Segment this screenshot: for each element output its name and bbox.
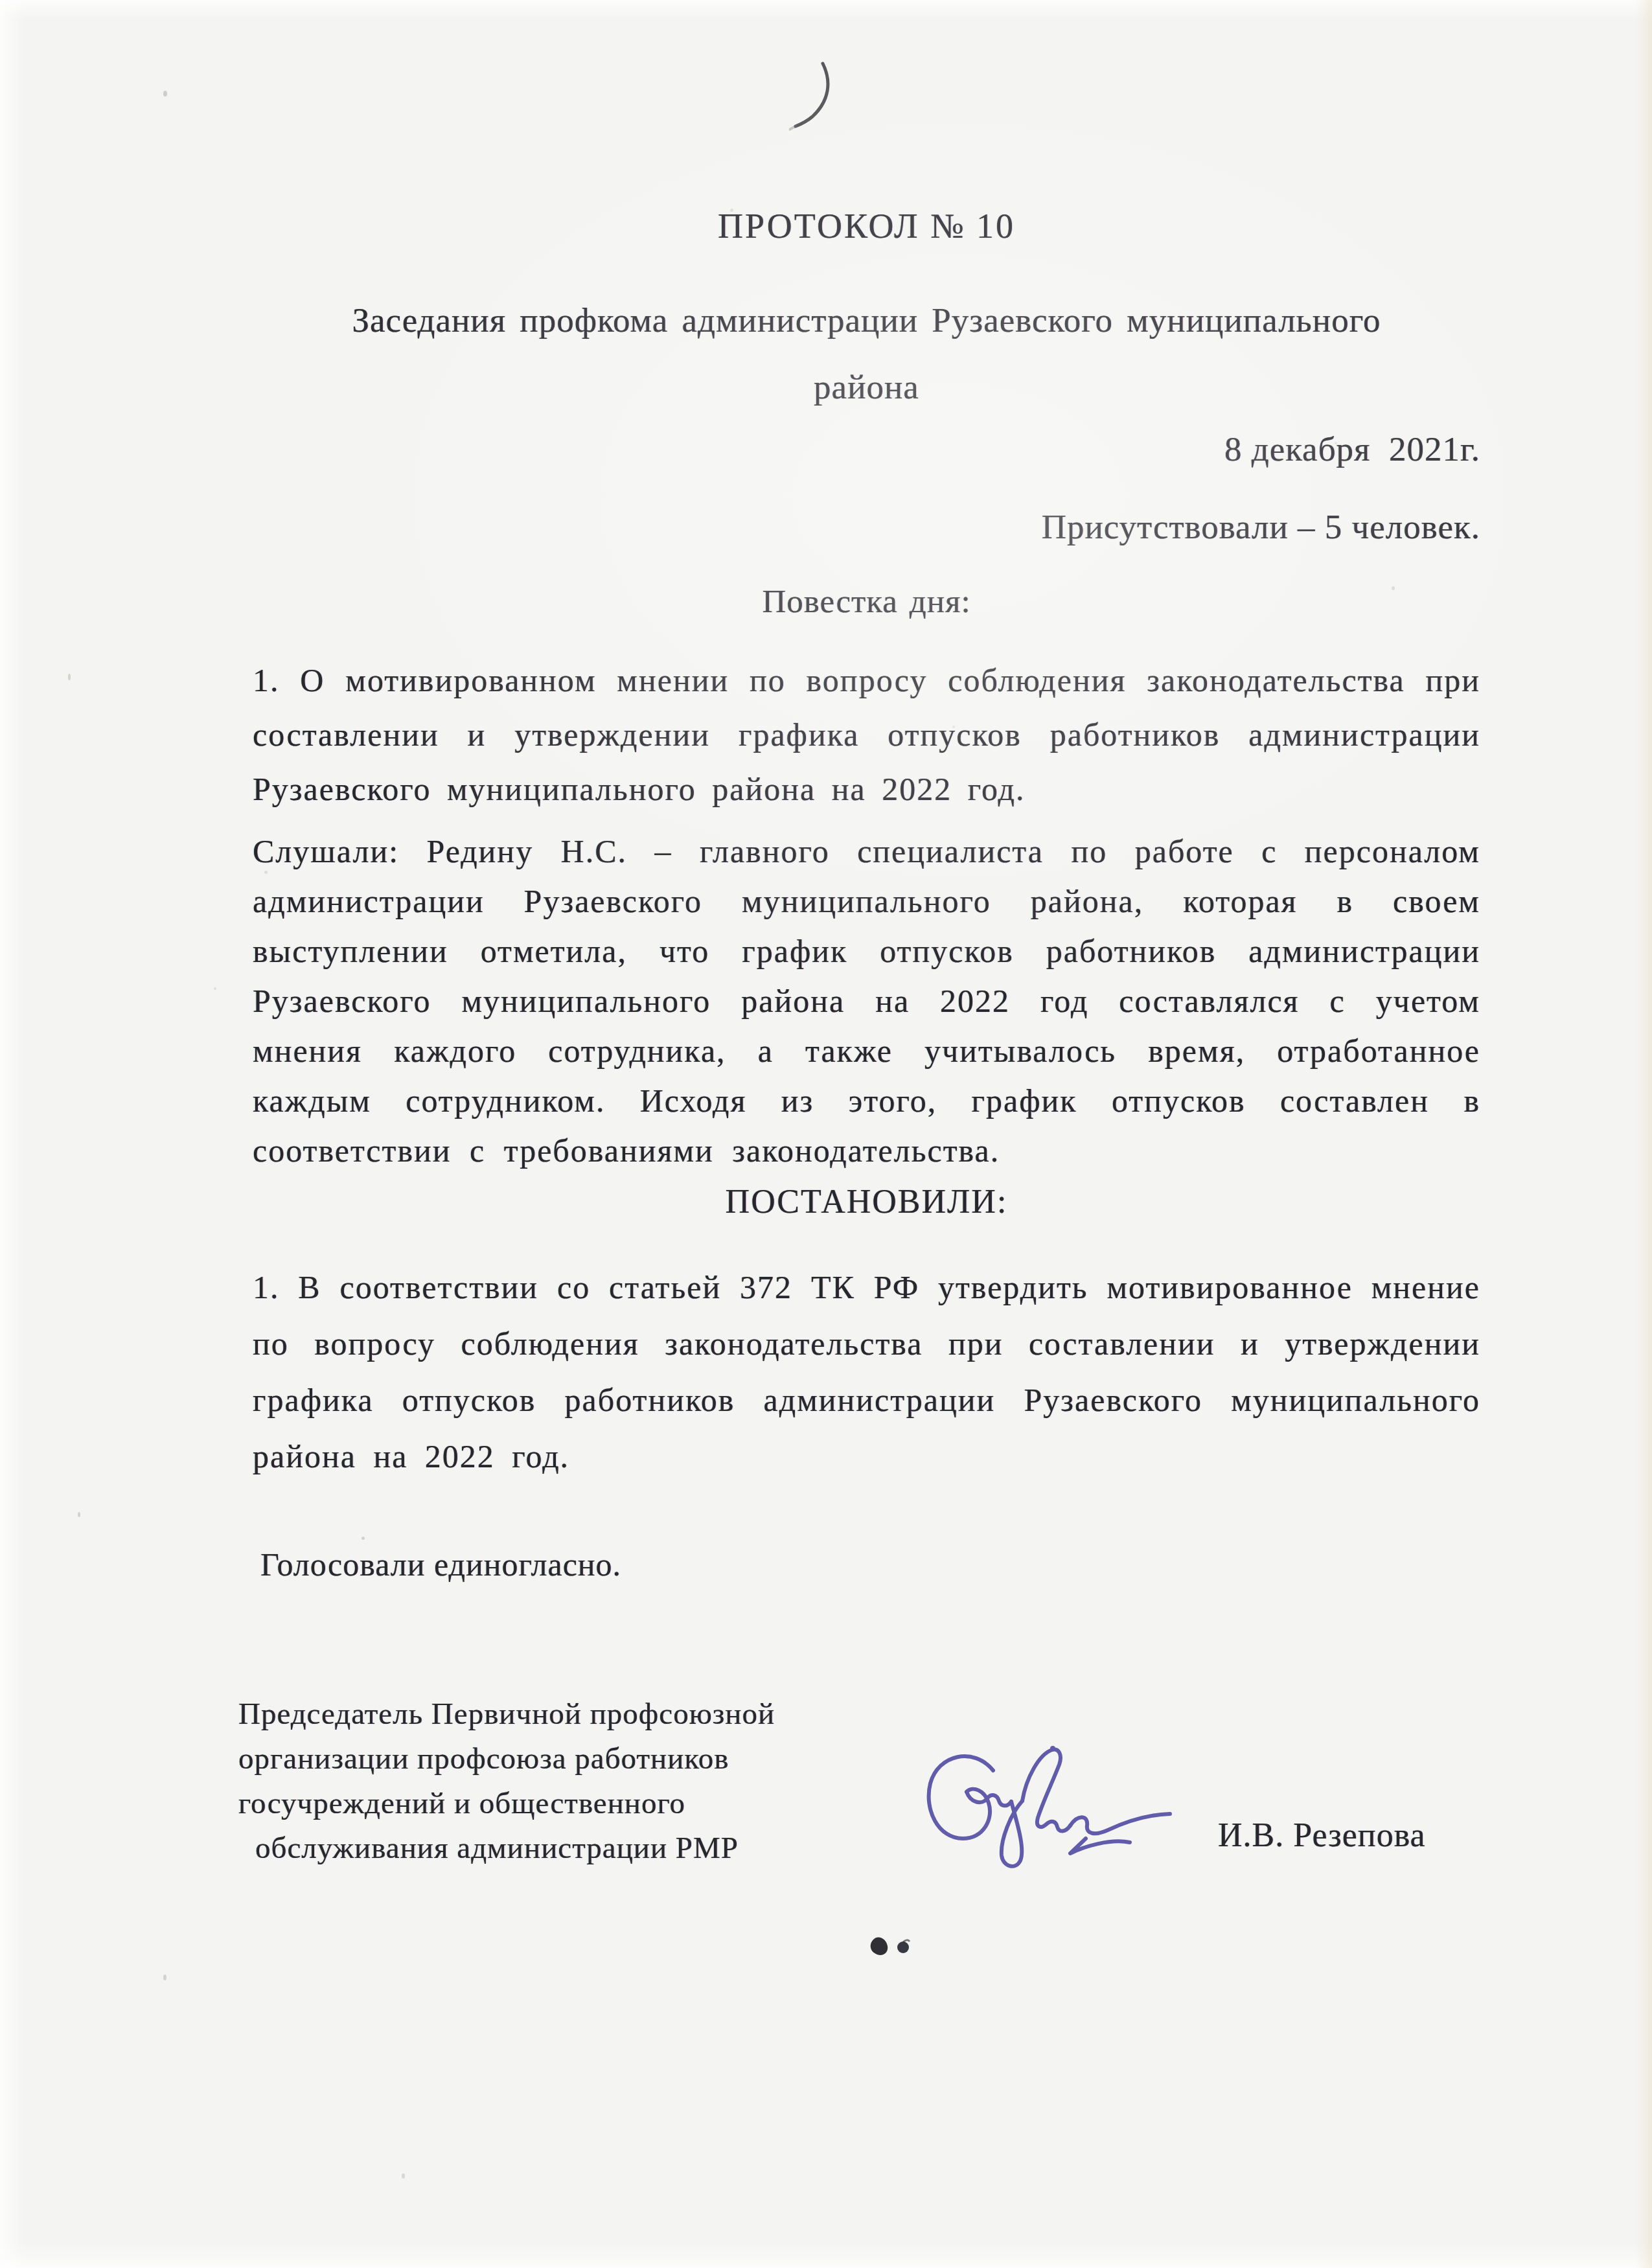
meeting-date: 8 декабря 2021г. xyxy=(253,430,1480,469)
heard-paragraph: Слушали: Редину Н.С. – главного специали… xyxy=(253,827,1480,1176)
document-subtitle-line1: Заседания профкома администрации Рузаевс… xyxy=(253,288,1480,354)
resolved-heading: ПОСТАНОВИЛИ: xyxy=(253,1183,1480,1221)
signatory-name: И.В. Резепова xyxy=(1218,1816,1503,1855)
scan-speck xyxy=(361,1537,365,1540)
voting-result: Голосовали единогласно. xyxy=(260,1546,621,1583)
scanned-document-page: ПРОТОКОЛ № 10 Заседания профкома админис… xyxy=(0,0,1652,2268)
agenda-heading: Повестка дня: xyxy=(253,583,1480,621)
pen-stroke-mark xyxy=(789,60,837,131)
resolved-item: 1. В соответствии со статьей 372 ТК РФ у… xyxy=(253,1259,1480,1485)
agenda-item: 1. О мотивированном мнении по вопросу со… xyxy=(253,653,1480,816)
signatory-position-line2: организации профсоюза работников xyxy=(238,1737,925,1781)
scan-speck xyxy=(78,1512,80,1517)
document-subtitle: Заседания профкома администрации Рузаевс… xyxy=(253,288,1480,421)
signatory-position-line1: Председатель Первичной профсоюзной xyxy=(238,1692,925,1737)
document-subtitle-line2: района xyxy=(253,354,1480,421)
scan-speck xyxy=(402,2173,405,2179)
attendees-count: Присутствовали – 5 человек. xyxy=(253,508,1480,547)
scan-speck xyxy=(68,674,71,680)
signatory-position-line3: госучреждений и общественного xyxy=(238,1781,925,1826)
scan-speck xyxy=(163,1975,166,1980)
scan-speck xyxy=(163,91,167,97)
signatory-position-line4: обслуживания администрации РМР xyxy=(255,1826,925,1871)
scan-speck xyxy=(214,987,216,990)
ink-dots xyxy=(867,1933,921,1963)
signature-mark xyxy=(919,1741,1178,1871)
document-title: ПРОТОКОЛ № 10 xyxy=(253,206,1480,246)
signatory-position: Председатель Первичной профсоюзной орган… xyxy=(238,1692,925,1871)
